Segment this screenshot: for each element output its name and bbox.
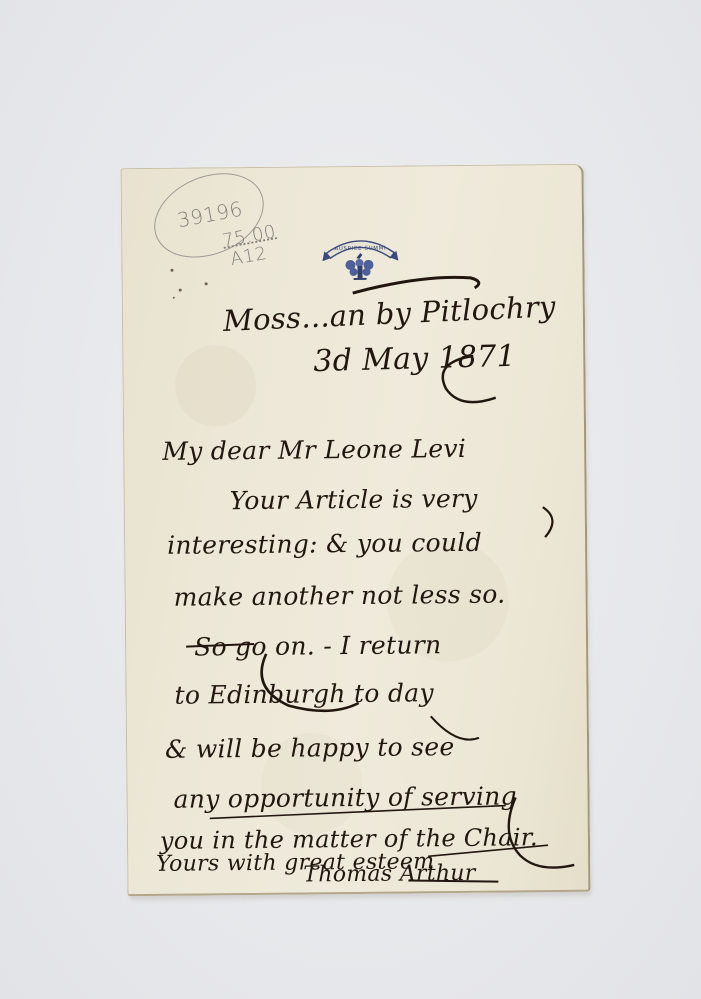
letter-body-line: So go on. - I return (194, 630, 442, 661)
letter-signature: Thomas Arthur (303, 861, 476, 888)
letter-body-line: any opportunity of serving (173, 781, 517, 813)
letter-body-line: & will be happy to see (165, 732, 455, 764)
ink-speck (173, 297, 175, 299)
ink-speck (179, 289, 182, 292)
letter-body-line: make another not less so. (173, 580, 505, 612)
letter-place: Moss...an by Pitlochry (222, 289, 556, 338)
ink-speck (205, 282, 208, 285)
ink-speck (170, 269, 173, 272)
letter-salutation: My dear Mr Leone Levi (162, 434, 466, 466)
crest-icon: AUSPICE SUMMI (320, 231, 400, 284)
letter-body-line: Your Article is very (230, 484, 478, 515)
letter-sheet: 39196 75.00 A12 AUSPICE SUMMI Moss...an … (121, 164, 591, 896)
crest-motto: AUSPICE SUMMI (334, 246, 386, 252)
letter-date: 3d May 1871 (313, 339, 516, 379)
letter-body-line: interesting: & you could (167, 528, 482, 560)
letter-body-line: to Edinburgh to day (174, 678, 434, 709)
